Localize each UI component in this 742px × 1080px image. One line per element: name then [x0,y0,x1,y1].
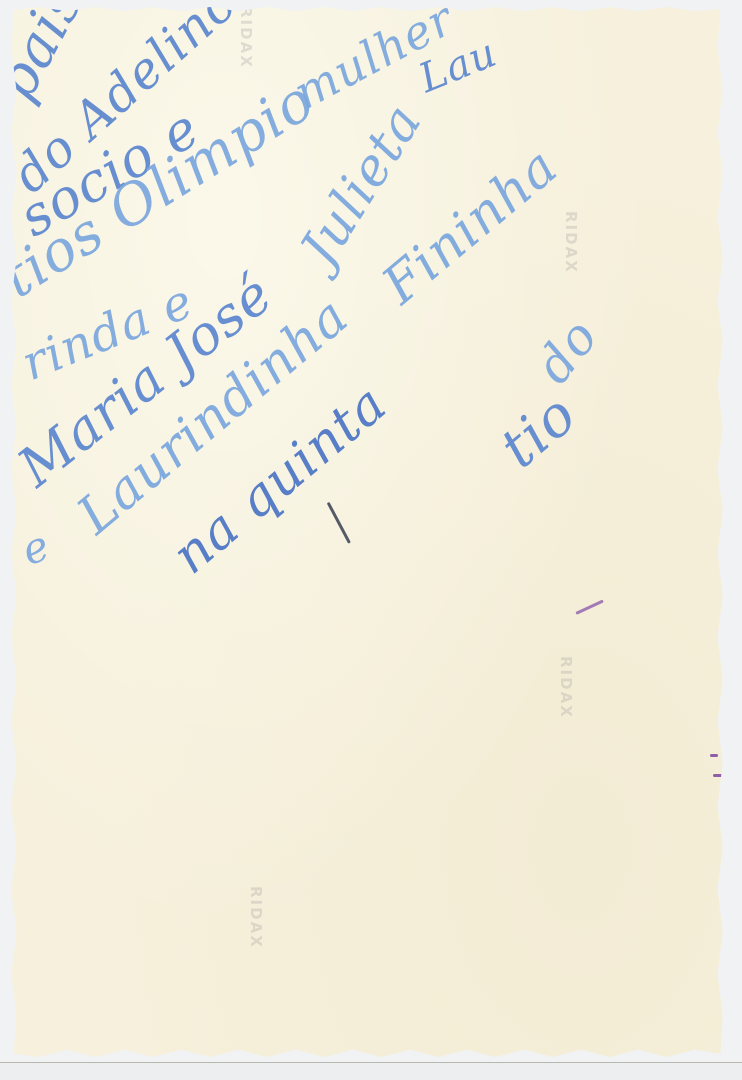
purple-ink-mark [575,599,603,614]
watermark: RIDAX [557,656,575,719]
pencil-mark [327,502,351,544]
photo-back-card: RIDAX RIDAX RIDAX RIDAX pais do Adelino … [10,6,724,1058]
handwritten-line-tio: tio [488,382,589,481]
handwritten-line-e: e [15,520,56,575]
watermark: RIDAX [247,886,265,949]
purple-ink-mark [710,754,718,757]
handwritten-line-do: do [524,308,609,394]
watermark: RIDAX [562,211,580,274]
scanner-bed-edge [0,1062,742,1080]
